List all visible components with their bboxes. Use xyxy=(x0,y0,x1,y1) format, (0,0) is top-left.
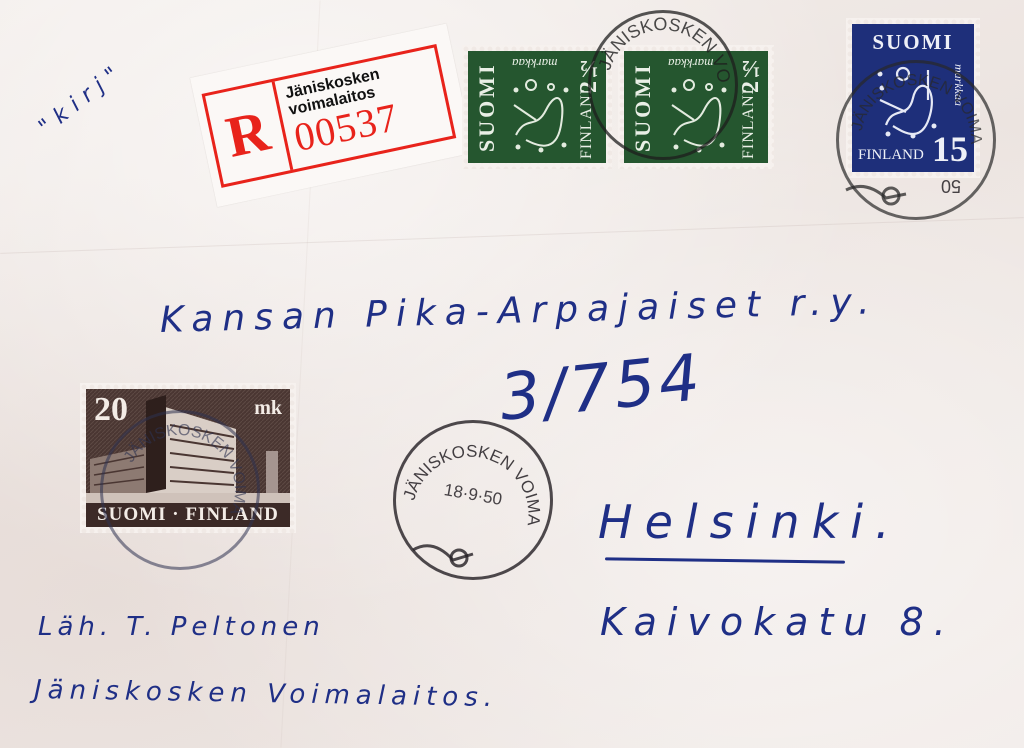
postmark-text: JÄNISKOSKEN VOIMALAITOS xyxy=(588,10,734,84)
stamp-unit: markkaa xyxy=(512,55,558,71)
address-reference: 3/754 xyxy=(496,341,707,436)
postmark-top: JÄNISKOSKEN VOIMALAITOS xyxy=(588,10,738,160)
city-underline xyxy=(605,557,845,563)
annotation-kirj: "kirj" xyxy=(34,58,130,141)
postmark-text: JÄNISKOSKEN VOIMALAITOS xyxy=(836,60,984,145)
address-city: Helsinki. xyxy=(598,495,902,549)
postmark-right: JÄNISKOSKEN VOIMALAITOS 50 xyxy=(836,60,996,220)
sender-address: Jäniskosken Voimalaitos. xyxy=(34,675,499,713)
svg-text:JÄNISKOSKEN VOIMALAITOS: JÄNISKOSKEN VOIMALAITOS xyxy=(836,60,984,145)
postmark-center: JÄNISKOSKEN VOIMALAITOS 18·9·50 xyxy=(393,420,553,580)
address-recipient: Kansan Pika-Arpajaiset r.y. xyxy=(159,281,878,341)
address-street: Kaivokatu 8. xyxy=(600,600,956,644)
stamp-country-bottom: FINLAND xyxy=(740,95,762,159)
svg-text:JÄNISKOSKEN VOIMALAITOS: JÄNISKOSKEN VOIMALAITOS xyxy=(100,410,260,518)
sender-name: Läh. T. Peltonen xyxy=(38,612,325,642)
postmark-date: 50 xyxy=(909,175,993,196)
postmark-left: JÄNISKOSKEN VOIMALAITOS xyxy=(100,410,260,570)
stamp-country-top: SUOMI xyxy=(852,30,974,55)
paper-crease xyxy=(0,217,1023,254)
registration-label: R Jäniskosken voimalaitos 00537 xyxy=(190,24,474,208)
lion-icon xyxy=(506,75,576,155)
stamp-country-top: SUOMI xyxy=(474,55,498,159)
envelope: "kirj" R Jäniskosken voimalaitos 00537 S… xyxy=(0,0,1024,748)
postmark-text: JÄNISKOSKEN VOIMALAITOS xyxy=(100,410,260,518)
svg-text:JÄNISKOSKEN VOIMALAITOS: JÄNISKOSKEN VOIMALAITOS xyxy=(588,10,734,84)
